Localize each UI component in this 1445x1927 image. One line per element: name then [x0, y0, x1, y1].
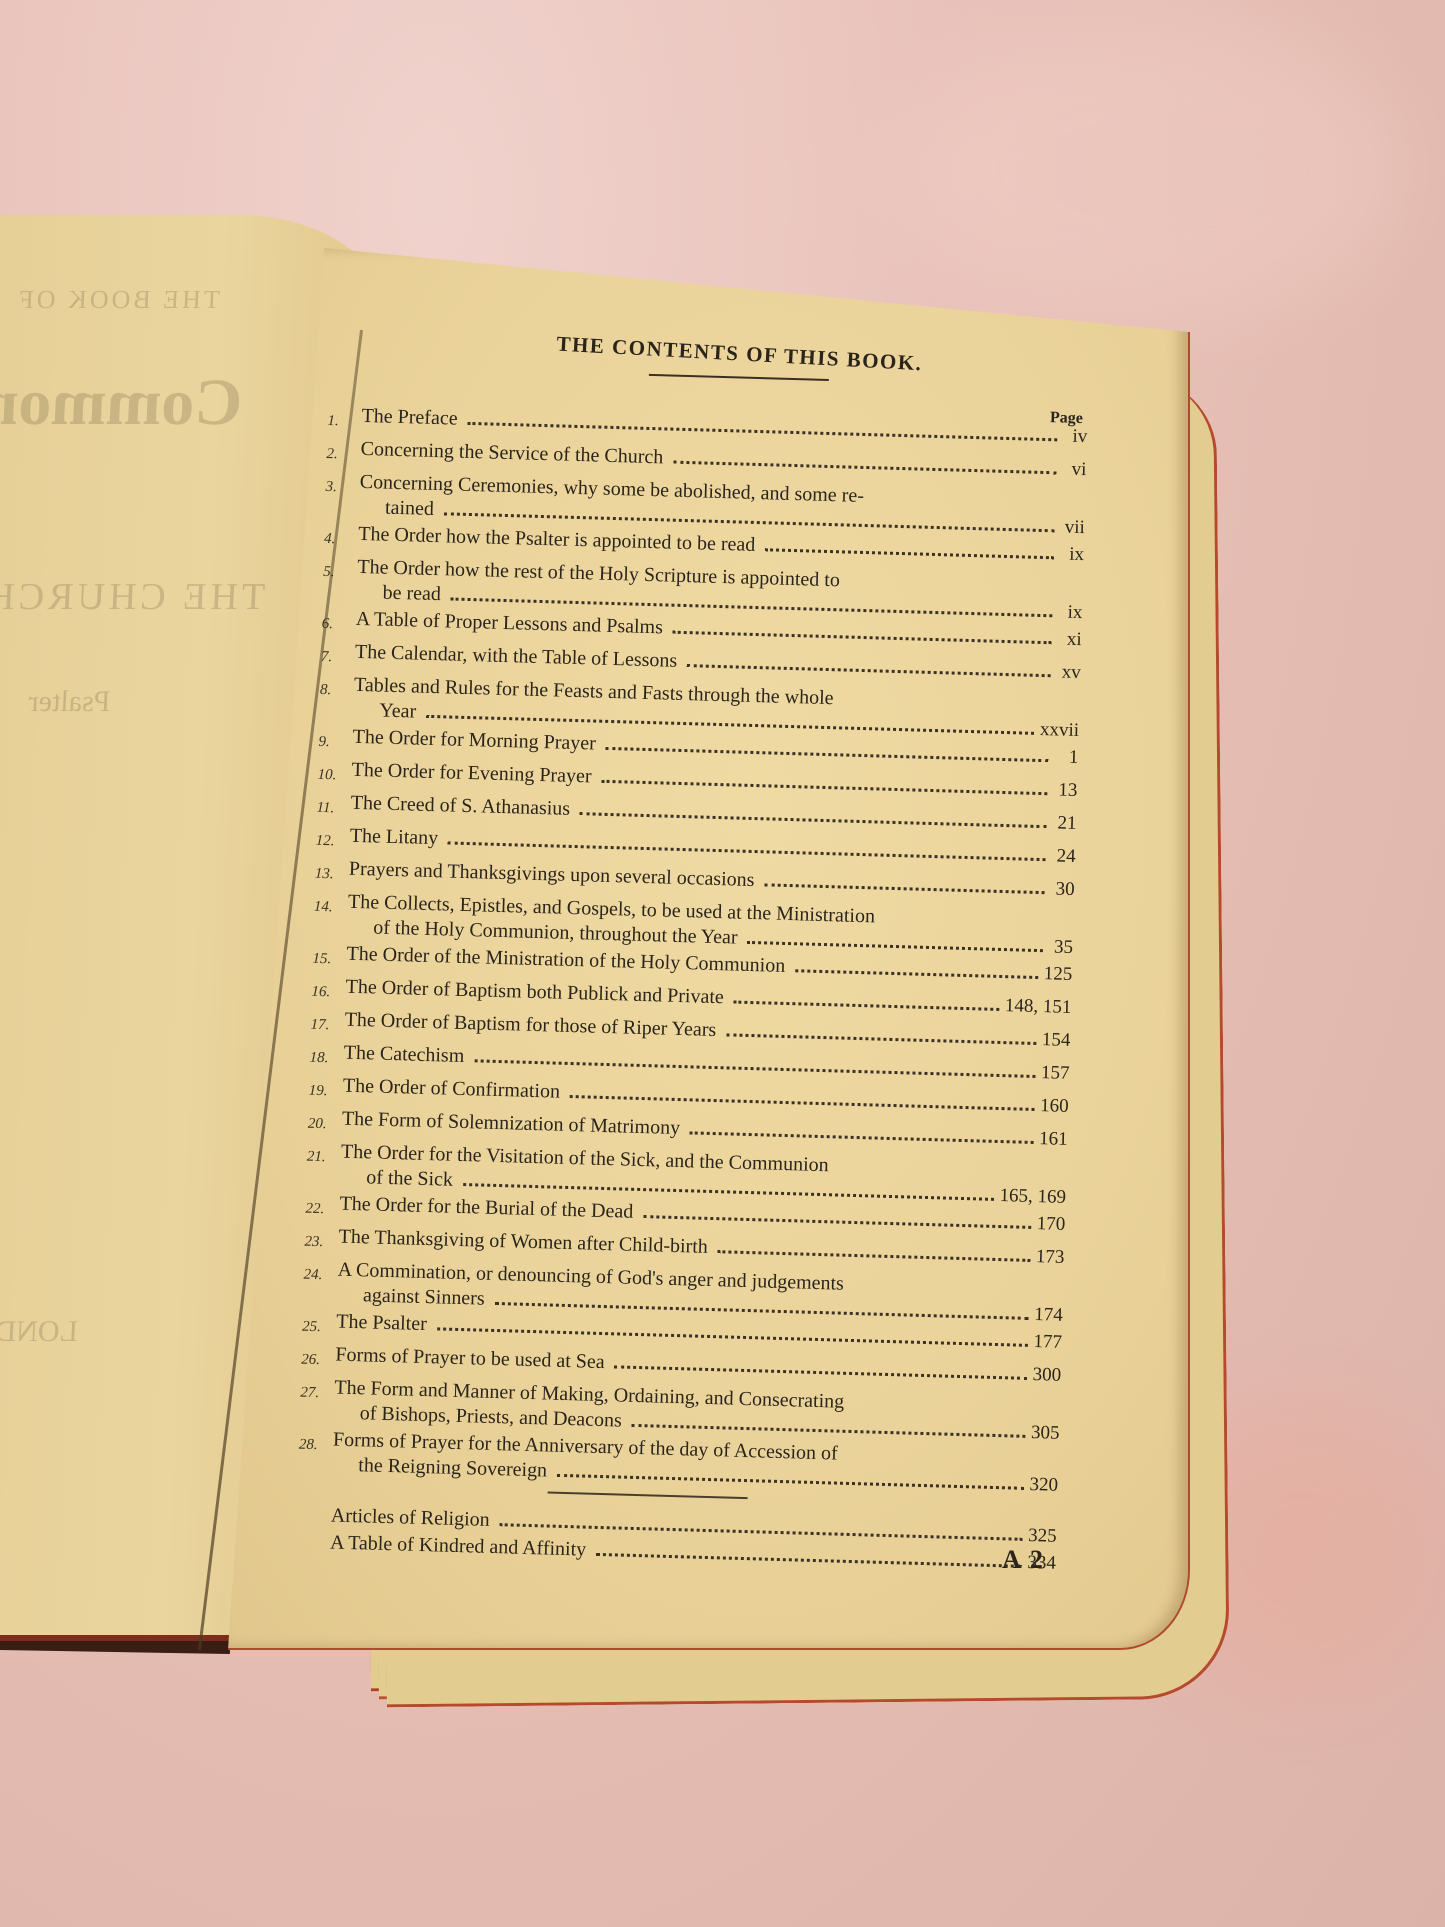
- entry-page-number: 1: [1054, 744, 1079, 770]
- show-through-text: Common: [0, 365, 244, 441]
- entry-page-number: 173: [1036, 1244, 1065, 1270]
- dot-leader: [467, 422, 1057, 441]
- show-through-text: Psalter: [28, 685, 111, 719]
- entry-number: 14.: [314, 889, 349, 921]
- dot-leader: [474, 1059, 1035, 1078]
- entry-number: 15.: [312, 941, 347, 973]
- entry-title: The Order of Confirmation: [343, 1074, 561, 1105]
- entry-page-number: vii: [1060, 514, 1085, 540]
- entry-page-number: 35: [1049, 934, 1074, 960]
- entry-title: Forms of Prayer to be used at Sea: [335, 1343, 605, 1376]
- entry-page-number: 305: [1031, 1420, 1060, 1446]
- entry-number: 7.: [321, 639, 356, 671]
- show-through-text: THE BOOK OF: [16, 285, 221, 315]
- entry-number: 9.: [318, 724, 353, 756]
- dot-leader: [795, 969, 1038, 979]
- table-of-contents: THE CONTENTS OF THIS BOOK. Page 1. The P…: [296, 330, 1090, 1578]
- show-through-text: THE CHURCH: [0, 575, 266, 619]
- entry-number: 11.: [316, 790, 351, 822]
- entry-number: 19.: [308, 1073, 343, 1105]
- entry-title: The Order for Evening Prayer: [351, 758, 592, 790]
- entry-number: 23.: [304, 1224, 339, 1256]
- title-rule: [649, 374, 829, 381]
- entry-number: 10.: [317, 757, 352, 789]
- entry-page-number: iv: [1063, 424, 1088, 450]
- dot-leader: [765, 548, 1054, 559]
- dot-leader: [764, 883, 1044, 894]
- entry-page-number: xi: [1057, 626, 1082, 652]
- entry-title: The Catechism: [343, 1041, 464, 1069]
- entry-page-number: 157: [1041, 1060, 1070, 1086]
- entry-page-number: ix: [1058, 599, 1083, 625]
- dot-leader: [580, 812, 1046, 828]
- dot-leader: [632, 1424, 1025, 1438]
- entry-title: tained: [385, 496, 435, 522]
- dot-leader: [615, 1365, 1027, 1380]
- background-blotch: [900, 20, 1400, 320]
- entry-number: 8.: [320, 672, 355, 704]
- dot-leader: [601, 780, 1047, 795]
- entry-page-number: 161: [1039, 1126, 1068, 1152]
- entry-number: 16.: [311, 974, 346, 1006]
- entry-title: The Psalter: [336, 1310, 427, 1338]
- entry-number: 17.: [310, 1007, 345, 1039]
- entry-page-number: 320: [1029, 1472, 1058, 1498]
- dot-leader: [437, 1327, 1028, 1346]
- entry-page-number: vi: [1062, 457, 1087, 483]
- entry-page-number: 21: [1052, 810, 1077, 836]
- entry-title: of the Sick: [366, 1165, 453, 1192]
- entry-title: Year: [379, 699, 417, 725]
- dot-leader: [557, 1474, 1024, 1490]
- book-cover-edge: [0, 1638, 230, 1654]
- entry-number: 6.: [321, 606, 356, 638]
- entry-page-number: 125: [1043, 961, 1072, 987]
- entry-number: 5.: [323, 554, 358, 586]
- entry-number: 24.: [303, 1257, 338, 1289]
- show-through-text: LONDON: [0, 1315, 79, 1349]
- entry-number: 26.: [301, 1342, 336, 1374]
- entry-title: the Reigning Sovereign: [358, 1453, 547, 1483]
- entry-page-number: 154: [1042, 1027, 1071, 1053]
- entry-number: 13.: [314, 856, 349, 888]
- toc-list: 1. The Preface iv 2. Concerning the Serv…: [298, 403, 1088, 1498]
- entry-number: 1.: [327, 403, 362, 435]
- entry-page-number: 160: [1040, 1093, 1069, 1119]
- entry-number: 25.: [302, 1309, 337, 1341]
- entry-number: 4.: [324, 521, 359, 553]
- entry-page-number: 24: [1051, 843, 1076, 869]
- entry-title: The Creed of S. Athanasius: [350, 791, 570, 822]
- entry-page-number: xxvii: [1040, 717, 1080, 743]
- entry-title: be read: [382, 581, 441, 608]
- dot-leader: [673, 461, 1056, 475]
- dot-leader: [718, 1250, 1030, 1262]
- dot-leader: [726, 1033, 1036, 1045]
- entry-number: 3.: [325, 469, 360, 501]
- entry-title: The Litany: [350, 824, 439, 851]
- entry-number: 21.: [307, 1139, 342, 1171]
- entry-page-number: 30: [1050, 876, 1075, 902]
- entry-title: The Order for Morning Prayer: [352, 725, 596, 757]
- entry-number: 22.: [305, 1191, 340, 1223]
- dot-leader: [570, 1095, 1034, 1111]
- dot-leader: [687, 664, 1051, 677]
- entry-page-number: 148, 151: [1005, 993, 1072, 1020]
- entry-page-number: 165, 169: [999, 1183, 1066, 1210]
- section-divider: [548, 1492, 748, 1500]
- entry-title: Articles of Religion: [331, 1503, 490, 1532]
- entry-page-number: 300: [1032, 1362, 1061, 1388]
- entry-page-number: 174: [1034, 1302, 1063, 1328]
- dot-leader: [673, 631, 1052, 645]
- dot-leader: [606, 747, 1049, 762]
- entry-number: 2.: [326, 436, 361, 468]
- dot-leader: [596, 1553, 1021, 1568]
- entry-number: 28.: [299, 1427, 334, 1459]
- entry-page-number: 177: [1033, 1329, 1062, 1355]
- dot-leader: [734, 1001, 999, 1011]
- entry-title: The Preface: [361, 404, 458, 432]
- dot-leader: [747, 941, 1043, 952]
- dot-leader: [448, 841, 1046, 861]
- entry-page-number: ix: [1060, 541, 1085, 567]
- entry-title: against Sinners: [363, 1283, 485, 1311]
- entry-page-number: 13: [1053, 777, 1078, 803]
- entry-page-number: xv: [1056, 659, 1081, 685]
- dot-leader: [643, 1215, 1031, 1229]
- dot-leader: [690, 1131, 1033, 1144]
- entry-title: A Table of Kindred and Affinity: [330, 1530, 587, 1562]
- entry-number: 18.: [309, 1040, 344, 1072]
- entry-number: 20.: [307, 1106, 342, 1138]
- signature-mark: A 2: [1002, 1545, 1045, 1575]
- entry-page-number: 170: [1036, 1211, 1065, 1237]
- entry-number: 12.: [315, 823, 350, 855]
- entry-number: 27.: [300, 1375, 335, 1407]
